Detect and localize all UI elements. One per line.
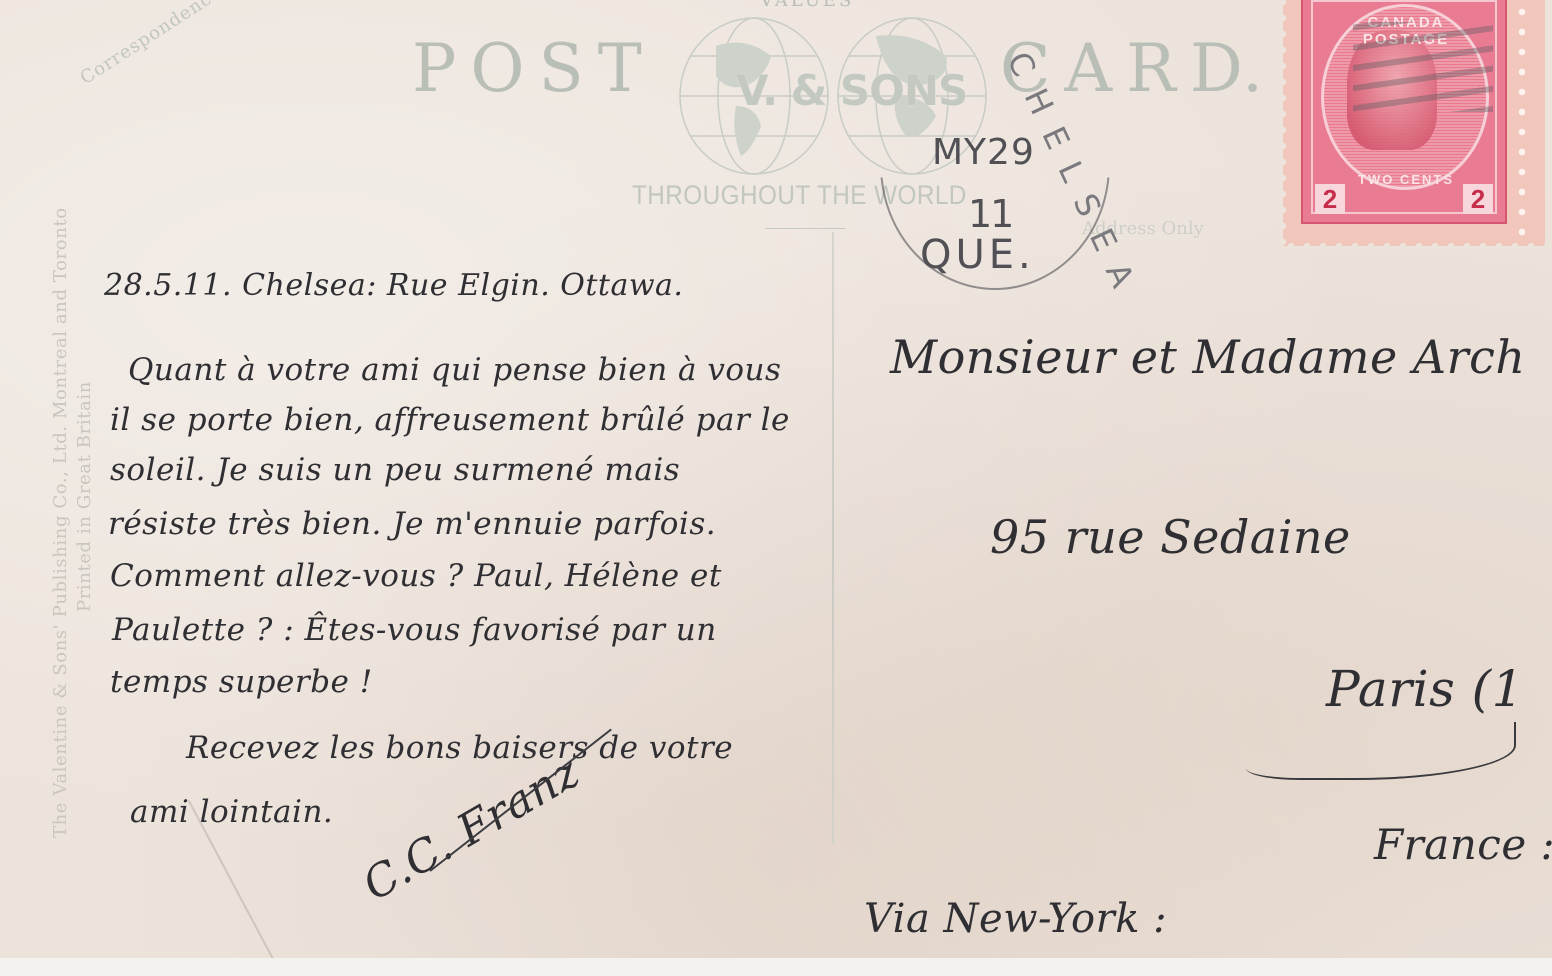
message-line: temps superbe ! bbox=[110, 664, 373, 700]
message-line: il se porte bien, affreusement brûlé par… bbox=[110, 402, 790, 438]
printed-in-imprint: Printed in Great Britain bbox=[74, 381, 95, 612]
postage-stamp: CANADA POSTAGE TWO CENTS 2 2 bbox=[1301, 0, 1507, 224]
title-post: POST bbox=[412, 30, 656, 107]
postcard-back: VALUES POST V. & SONS CARD . THROUGHOUT … bbox=[0, 0, 1552, 962]
logo-text: V. & SONS bbox=[736, 66, 967, 115]
title-dot: . bbox=[1242, 30, 1263, 107]
message-line: Recevez les bons baisers de votre bbox=[186, 730, 733, 766]
street-address: 95 rue Sedaine bbox=[990, 510, 1351, 564]
stamp-perforation bbox=[1279, 0, 1287, 246]
center-divider bbox=[832, 232, 834, 844]
signature: C.C. Franz bbox=[355, 747, 589, 911]
message-line: Quant à votre ami qui pense bien à vous bbox=[128, 352, 781, 388]
city-underline-flourish bbox=[1246, 722, 1516, 780]
message-line: Paulette ? : Êtes-vous favorisé par un bbox=[112, 612, 717, 648]
postmark-province: QUE. bbox=[920, 232, 1035, 278]
message-line: ami lointain. bbox=[130, 794, 333, 830]
cancellation-bars bbox=[1353, 22, 1493, 112]
message-line: Comment allez-vous ? Paul, Hélène et bbox=[110, 558, 722, 594]
correspondence-label: Correspondence bbox=[77, 0, 226, 89]
printed-top-text: VALUES bbox=[760, 0, 854, 11]
tagline-rule bbox=[765, 228, 845, 229]
postmark-date: MY29 bbox=[932, 132, 1035, 173]
country: France : bbox=[1374, 820, 1552, 869]
city: Paris (1 bbox=[1326, 660, 1524, 718]
routing-instruction: Via New-York : bbox=[864, 896, 1167, 942]
recipient-name: Monsieur et Madame Arch bbox=[890, 330, 1526, 384]
publisher-imprint: The Valentine & Sons' Publishing Co., Lt… bbox=[50, 207, 71, 838]
scan-margin bbox=[0, 958, 1552, 976]
stamp-perforation-edge bbox=[1515, 2, 1529, 238]
postmark-year: 11 bbox=[968, 192, 1012, 236]
stamp-block: CANADA POSTAGE TWO CENTS 2 2 bbox=[1283, 0, 1545, 246]
message-line: soleil. Je suis un peu surmené mais bbox=[110, 452, 680, 488]
stamp-value-left: 2 bbox=[1315, 184, 1345, 214]
message-line: résiste très bien. Je m'ennuie parfois. bbox=[108, 506, 716, 542]
stamp-denomination: TWO CENTS bbox=[1341, 172, 1471, 187]
stamp-value-right: 2 bbox=[1463, 184, 1493, 214]
stamp-perforation-bottom bbox=[1283, 242, 1545, 250]
message-header: 28.5.11. Chelsea: Rue Elgin. Ottawa. bbox=[104, 268, 683, 303]
